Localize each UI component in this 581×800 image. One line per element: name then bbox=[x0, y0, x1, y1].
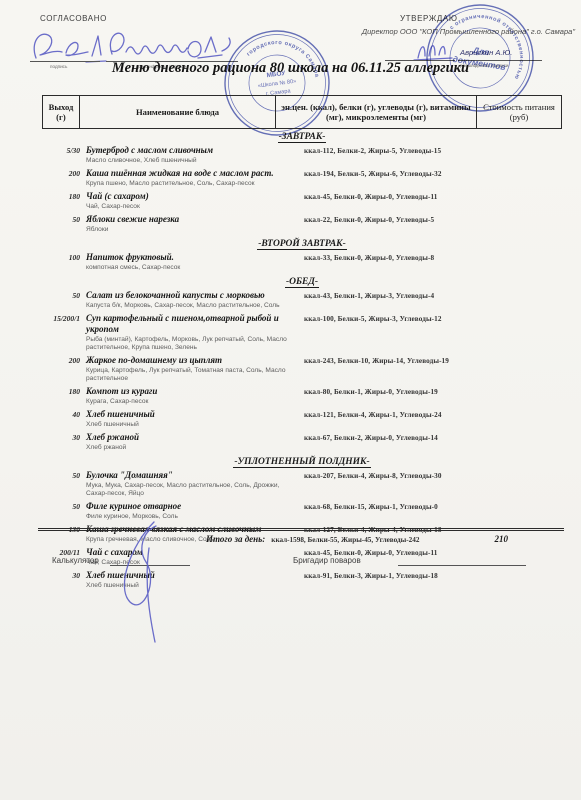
dish-ingredients: Капуста б/к, Морковь, Сахар-песок, Масло… bbox=[86, 302, 298, 310]
dish-name: Каша пшённая жидкая на воде с маслом рас… bbox=[86, 168, 298, 179]
dish-cell: Филе куриное отварноеФиле куриное, Морко… bbox=[86, 501, 298, 523]
dish-nutrition: ккал-33, Белки-0, Жиры-0, Углеводы-8 bbox=[304, 252, 564, 274]
dish-ingredients: Яблоки bbox=[86, 226, 298, 234]
menu-row: 50Булочка "Домашняя"Мука, Мука, Сахар-пе… bbox=[40, 470, 564, 500]
totals-cost: 210 bbox=[495, 534, 509, 544]
school-stamp-line1: МБОУ bbox=[266, 70, 286, 79]
dish-ingredients: Масло сливочное, Хлеб пшеничный bbox=[86, 157, 298, 165]
dish-nutrition: ккал-68, Белки-15, Жиры-1, Углеводы-0 bbox=[304, 501, 564, 523]
menu-row: 100Напиток фруктовый.компотная смесь, Са… bbox=[40, 252, 564, 274]
dish-nutrition: ккал-22, Белки-0, Жиры-0, Углеводы-5 bbox=[304, 214, 564, 236]
dish-name: Бутерброд с маслом сливочным bbox=[86, 145, 298, 156]
portion-weight: 50 bbox=[40, 470, 80, 500]
dish-name: Жаркое по-домашнему из цыплят bbox=[86, 355, 298, 366]
header-col-cost: Стоимость питания (руб) bbox=[477, 96, 561, 128]
totals-label: Итого за день: bbox=[206, 534, 265, 544]
dish-ingredients: Хлеб ржаной bbox=[86, 444, 298, 452]
scanned-menu-document: СОГЛАСОВАНО УТВЕРЖДАЮ Директор ООО "КОП … bbox=[0, 0, 581, 800]
dish-cell: Чай (с сахаром)Чай, Сахар-песок bbox=[86, 191, 298, 213]
menu-row: 180Чай (с сахаром)Чай, Сахар-песокккал-4… bbox=[40, 191, 564, 213]
dish-nutrition: ккал-243, Белки-10, Жиры-14, Углеводы-19 bbox=[304, 355, 564, 385]
dish-nutrition: ккал-100, Белки-5, Жиры-3, Углеводы-12 bbox=[304, 313, 564, 354]
agreed-label: СОГЛАСОВАНО bbox=[40, 14, 107, 23]
menu-body: -ЗАВТРАК-5/30Бутерброд с маслом сливочны… bbox=[40, 129, 564, 593]
section-title: -ЗАВТРАК- bbox=[278, 132, 327, 143]
menu-row: 30Хлеб ржанойХлеб ржанойккал-67, Белки-2… bbox=[40, 432, 564, 454]
portion-weight: 40 bbox=[40, 409, 80, 431]
menu-row: 50Яблоки свежие нарезкаЯблокиккал-22, Бе… bbox=[40, 214, 564, 236]
section-header: -ВТОРОЙ ЗАВТРАК- bbox=[40, 238, 564, 250]
menu-row: 5/30Бутерброд с маслом сливочнымМасло сл… bbox=[40, 145, 564, 167]
menu-row: 200Жаркое по-домашнему из цыплятКурица, … bbox=[40, 355, 564, 385]
dish-name: Булочка "Домашняя" bbox=[86, 470, 298, 481]
dish-ingredients: компотная смесь, Сахар-песок bbox=[86, 264, 298, 272]
dish-ingredients: Крупа пшено, Масло растительное, Соль, С… bbox=[86, 180, 298, 188]
dish-cell: Каша пшённая жидкая на воде с маслом рас… bbox=[86, 168, 298, 190]
dish-ingredients: Хлеб пшеничный bbox=[86, 421, 298, 429]
dish-ingredients: Курица, Картофель, Лук репчатый, Томатна… bbox=[86, 367, 298, 383]
dish-nutrition: ккал-43, Белки-1, Жиры-3, Углеводы-4 bbox=[304, 290, 564, 312]
menu-row: 40Хлеб пшеничныйХлеб пшеничныйккал-121, … bbox=[40, 409, 564, 431]
dish-ingredients: Курага, Сахар-песок bbox=[86, 398, 298, 406]
portion-weight: 15/200/1 bbox=[40, 313, 80, 354]
header-col-dish: Наименование блюда bbox=[80, 96, 276, 128]
portion-weight: 180 bbox=[40, 386, 80, 408]
signoff-row: Калькулятор Бригадир поваров bbox=[0, 552, 581, 582]
dish-cell: Хлеб ржанойХлеб ржаной bbox=[86, 432, 298, 454]
totals-nutrition: ккал-1598, Белки-55, Жиры-45, Углеводы-2… bbox=[271, 536, 419, 544]
dish-nutrition: ккал-45, Белки-0, Жиры-0, Углеводы-11 bbox=[304, 191, 564, 213]
dish-name: Хлеб пшеничный bbox=[86, 409, 298, 420]
menu-row: 200Каша пшённая жидкая на воде с маслом … bbox=[40, 168, 564, 190]
section-header: -УПЛОТНЕННЫЙ ПОЛДНИК- bbox=[40, 456, 564, 468]
dish-ingredients: Рыба (минтай), Картофель, Морковь, Лук р… bbox=[86, 336, 298, 352]
dish-cell: Суп картофельный с пшеном,отварной рыбой… bbox=[86, 313, 298, 354]
portion-weight: 50 bbox=[40, 501, 80, 523]
header-col-portion: Выход (г) bbox=[43, 96, 80, 128]
dish-cell: Компот из курагиКурага, Сахар-песок bbox=[86, 386, 298, 408]
dish-nutrition: ккал-80, Белки-1, Жиры-0, Углеводы-19 bbox=[304, 386, 564, 408]
dish-nutrition: ккал-112, Белки-2, Жиры-5, Углеводы-15 bbox=[304, 145, 564, 167]
dish-name: Напиток фруктовый. bbox=[86, 252, 298, 263]
portion-weight: 30 bbox=[40, 432, 80, 454]
dish-ingredients: Филе куриное, Морковь, Соль bbox=[86, 513, 298, 521]
menu-row: 50Салат из белокочанной капусты с морков… bbox=[40, 290, 564, 312]
svg-text:городского округа Самара: городского округа Самара bbox=[245, 35, 320, 86]
dish-name: Салат из белокочанной капусты с морковью bbox=[86, 290, 298, 301]
dish-cell: Булочка "Домашняя"Мука, Мука, Сахар-песо… bbox=[86, 470, 298, 500]
dish-cell: Напиток фруктовый.компотная смесь, Сахар… bbox=[86, 252, 298, 274]
calculator-signature-line bbox=[110, 565, 190, 566]
dish-cell: Хлеб пшеничныйХлеб пшеничный bbox=[86, 409, 298, 431]
school-stamp-ring-text: городского округа Самара bbox=[245, 35, 320, 86]
company-stamp-line1: Для bbox=[471, 45, 490, 58]
dish-nutrition: ккал-194, Белки-5, Жиры-6, Углеводы-32 bbox=[304, 168, 564, 190]
calculator-label: Калькулятор bbox=[52, 556, 99, 565]
menu-row: 180Компот из курагиКурага, Сахар-песоккк… bbox=[40, 386, 564, 408]
dish-cell: Жаркое по-домашнему из цыплятКурица, Кар… bbox=[86, 355, 298, 385]
menu-row: 15/200/1Суп картофельный с пшеном,отварн… bbox=[40, 313, 564, 354]
portion-weight: 5/30 bbox=[40, 145, 80, 167]
dish-ingredients: Хлеб пшеничный bbox=[86, 582, 298, 590]
dish-ingredients: Мука, Мука, Сахар-песок, Масло раститель… bbox=[86, 482, 298, 498]
dish-cell: Бутерброд с маслом сливочнымМасло сливоч… bbox=[86, 145, 298, 167]
dish-nutrition: ккал-67, Белки-2, Жиры-0, Углеводы-14 bbox=[304, 432, 564, 454]
dish-nutrition: ккал-121, Белки-4, Жиры-1, Углеводы-24 bbox=[304, 409, 564, 431]
company-stamp-line2: документов bbox=[452, 54, 506, 72]
section-header: -ЗАВТРАК- bbox=[40, 131, 564, 143]
dish-name: Яблоки свежие нарезка bbox=[86, 214, 298, 225]
section-header: -ОБЕД- bbox=[40, 276, 564, 288]
menu-row: 50Филе куриное отварноеФиле куриное, Мор… bbox=[40, 501, 564, 523]
dish-cell: Салат из белокочанной капусты с морковью… bbox=[86, 290, 298, 312]
portion-weight: 100 bbox=[40, 252, 80, 274]
portion-weight: 50 bbox=[40, 290, 80, 312]
portion-weight: 180 bbox=[40, 191, 80, 213]
portion-weight: 50 bbox=[40, 214, 80, 236]
dish-nutrition: ккал-207, Белки-4, Жиры-8, Углеводы-30 bbox=[304, 470, 564, 500]
header-col-nutrition: эн.цен. (ккал), белки (г), углеводы (г),… bbox=[276, 96, 477, 128]
dish-name: Чай (с сахаром) bbox=[86, 191, 298, 202]
dish-name: Суп картофельный с пшеном,отварной рыбой… bbox=[86, 313, 298, 335]
dish-cell: Яблоки свежие нарезкаЯблоки bbox=[86, 214, 298, 236]
section-title: -ОБЕД- bbox=[285, 277, 319, 288]
portion-weight: 200 bbox=[40, 355, 80, 385]
portion-weight: 200 bbox=[40, 168, 80, 190]
section-title: -ВТОРОЙ ЗАВТРАК- bbox=[257, 239, 347, 250]
school-stamp-line2: «Школа № 80» bbox=[258, 79, 297, 90]
menu-table-header: Выход (г) Наименование блюда эн.цен. (кк… bbox=[42, 95, 562, 129]
chef-brigadier-label: Бригадир поваров bbox=[293, 556, 361, 565]
section-title: -УПЛОТНЕННЫЙ ПОЛДНИК- bbox=[233, 457, 370, 468]
dish-name: Хлеб ржаной bbox=[86, 432, 298, 443]
totals-row: Итого за день: ккал-1598, Белки-55, Жиры… bbox=[38, 528, 564, 544]
chef-signature-line bbox=[398, 565, 526, 566]
dish-ingredients: Чай, Сахар-песок bbox=[86, 203, 298, 211]
dish-name: Филе куриное отварное bbox=[86, 501, 298, 512]
dish-name: Компот из кураги bbox=[86, 386, 298, 397]
